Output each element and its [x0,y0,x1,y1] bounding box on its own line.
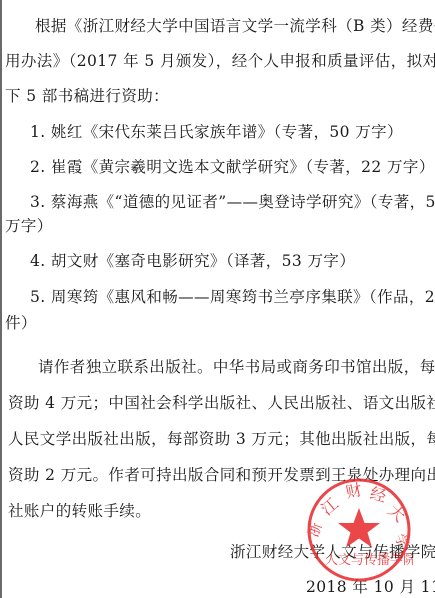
notice-line-1: 请作者独立联系出版社。中华书局或商务印书馆出版，每部 [38,355,435,377]
item-number: 4. [30,252,46,270]
item-continuation: 件） [5,311,37,333]
list-item: 5. 周寒筠《惠风和畅——周寒筠书兰亭序集联》（作品，280 [30,285,435,307]
list-item: 2. 崔霞《黄宗羲明文选本文献学研究》（专著，22 万字） [30,155,435,177]
notice-line-5: 社账户的转账手续。 [8,499,151,521]
page-border [0,0,2,598]
notice-line-2: 资助 4 万元；中国社会科学出版社、人民出版社、语文出版社、 [8,391,435,413]
official-seal-icon: 江 财 经 大 学 浙 人文与传播学院 [305,476,413,584]
svg-text:人文与传播学院: 人文与传播学院 [325,552,413,568]
item-number: 1. [30,123,46,141]
list-item: 4. 胡文财《塞奇电影研究》（译著，53 万字） [30,249,355,271]
item-number: 2. [30,158,46,176]
item-text: 胡文财《塞奇电影研究》（译著，53 万字） [51,252,355,270]
svg-text:学: 学 [391,532,411,551]
item-text: 周寒筠《惠风和畅——周寒筠书兰亭序集联》（作品，280 [51,288,435,306]
intro-line-3: 下 5 部书稿进行资助： [5,84,169,106]
intro-line-2: 用办法》（2017 年 5 月颁发），经个人申报和质量评估，拟对以 [5,49,435,71]
item-number: 5. [30,288,46,306]
notice-line-3: 人民文学出版社出版，每部资助 3 万元；其他出版社出版，每部 [8,427,435,449]
list-item: 3. 蔡海燕《“道德的见证者”——奥登诗学研究》（专著，53 [30,190,435,212]
item-text: 崔霞《黄宗羲明文选本文献学研究》（专著，22 万字） [51,158,435,176]
svg-text:大: 大 [384,501,409,526]
list-item: 1. 姚红《宋代东莱吕氏家族年谱》（专著，50 万字） [30,120,403,142]
item-number: 3. [30,193,46,211]
item-text: 蔡海燕《“道德的见证者”——奥登诗学研究》（专著，53 [51,193,435,211]
svg-text:财: 财 [344,480,364,502]
item-continuation: 万字） [5,214,53,236]
svg-text:经: 经 [368,484,388,506]
intro-line-1: 根据《浙江财经大学中国语言文学一流学科（B 类）经费使 [35,14,435,36]
item-text: 姚红《宋代东莱吕氏家族年谱》（专著，50 万字） [51,123,403,141]
